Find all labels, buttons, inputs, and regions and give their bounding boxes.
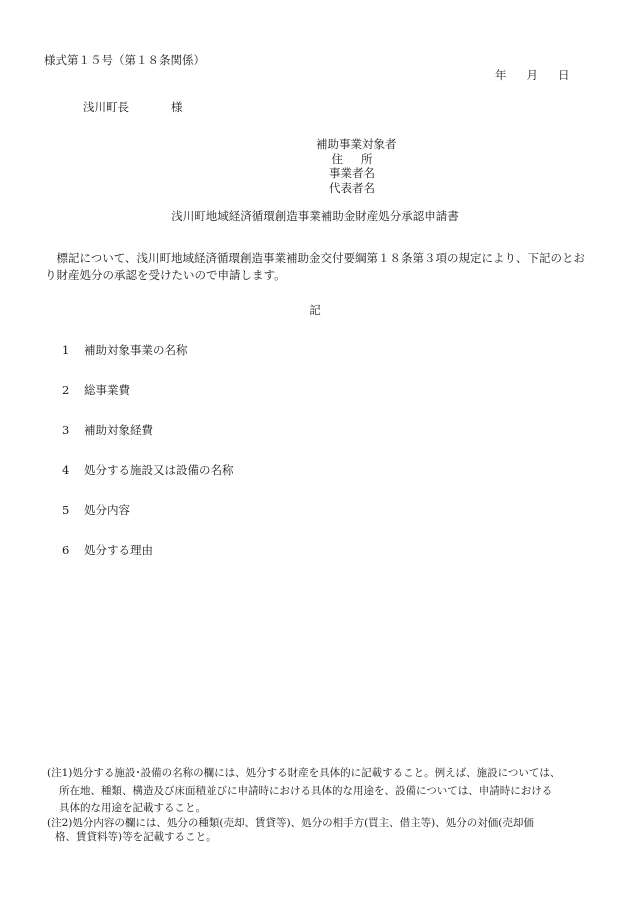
note-line: 処分内容の欄には、処分の種類(売却、賃貸等)、処分の相手方(買主、借主等)、処分…	[72, 817, 533, 829]
note-line: 所在地、種類、構造及び床面積並びに申請時における具体的な用途を、設備については、…	[47, 783, 607, 801]
list-item: 3補助対象経費	[62, 425, 153, 437]
applicant-heading: 補助事業対象者	[316, 137, 388, 152]
item-label: 補助対象経費	[84, 423, 153, 437]
note-line: 格、賃貸料等)等を記載すること。	[47, 830, 607, 844]
date-month: 月	[527, 70, 539, 82]
item-label: 処分内容	[84, 503, 130, 517]
item-number: 1	[62, 345, 84, 357]
addressee-name: 浅川町長	[83, 100, 129, 114]
applicant-representative-label: 代表者名	[316, 181, 388, 196]
date-line: 年月日	[495, 70, 570, 82]
date-day: 日	[558, 70, 570, 82]
item-label: 処分する理由	[84, 543, 153, 557]
item-number: 5	[62, 505, 84, 517]
list-item: 2総事業費	[62, 385, 130, 397]
address-label-part1: 住	[332, 152, 344, 166]
list-item: 6処分する理由	[62, 545, 153, 557]
note-1: (注1)処分する施設･設備の名称の欄には、処分する財産を具体的に記載すること。例…	[47, 765, 607, 818]
item-label: 補助対象事業の名称	[84, 343, 188, 357]
item-number: 4	[62, 465, 84, 477]
list-item: 1補助対象事業の名称	[62, 345, 188, 357]
list-item: 5処分内容	[62, 505, 130, 517]
list-item: 4処分する施設又は設備の名称	[62, 465, 234, 477]
note-label: (注1)	[47, 767, 72, 779]
item-number: 6	[62, 545, 84, 557]
note-label: (注2)	[47, 817, 72, 829]
addressee: 浅川町長様	[83, 102, 183, 114]
date-year: 年	[495, 70, 507, 82]
note-2: (注2)処分内容の欄には、処分の種類(売却、賃貸等)、処分の相手方(買主、借主等…	[47, 816, 607, 844]
item-label: 総事業費	[84, 383, 130, 397]
applicant-block: 補助事業対象者 住所 事業者名 代表者名	[316, 137, 388, 195]
note-line: 処分する施設･設備の名称の欄には、処分する財産を具体的に記載すること。例えば、施…	[72, 767, 560, 779]
document-title: 浅川町地域経済循環創造事業補助金財産処分承認申請書	[0, 211, 630, 223]
item-number: 2	[62, 385, 84, 397]
applicant-business-name-label: 事業者名	[316, 166, 388, 181]
notes-section: (注1)処分する施設･設備の名称の欄には、処分する財産を具体的に記載すること。例…	[47, 765, 607, 844]
address-label-part2: 所	[361, 152, 373, 166]
item-label: 処分する施設又は設備の名称	[84, 463, 234, 477]
applicant-address-label: 住所	[316, 152, 388, 167]
body-paragraph: 標記について、浅川町地域経済循環創造事業補助金交付要綱第１８条第３項の規定により…	[45, 250, 590, 284]
form-number: 様式第１５号（第１８条関係）	[44, 55, 205, 67]
ki-heading: 記	[0, 305, 630, 317]
addressee-honorific: 様	[171, 100, 183, 114]
item-number: 3	[62, 425, 84, 437]
